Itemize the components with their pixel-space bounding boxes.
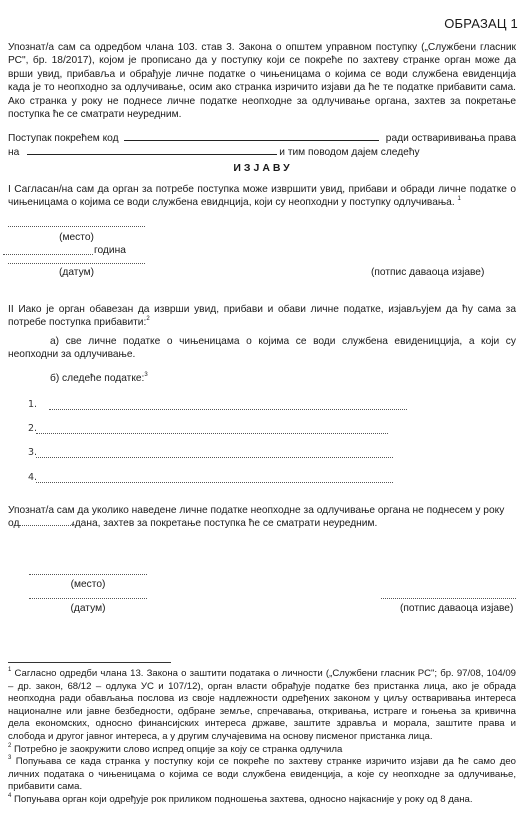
signature-field-2[interactable]: [381, 598, 516, 599]
section-2-body: II Иако је орган обавезан да изврши увид…: [8, 304, 516, 328]
place-label-2: (место): [29, 578, 147, 591]
footnote-4-text: Попуњава орган који одређује рок прилико…: [14, 794, 473, 805]
option-a[interactable]: а) све личне податке о чињеницама о који…: [8, 335, 516, 362]
procedure-suffix: ради остварививања права: [386, 132, 516, 145]
place-field-2[interactable]: [29, 574, 147, 575]
footnote-4: 4 Попуњава орган који одређује рок прили…: [8, 794, 516, 807]
footnote-2: 2 Потребно је заокружити слово испред оп…: [8, 744, 516, 757]
date-field-1[interactable]: [8, 263, 145, 264]
statement-title: ИЗЈАВУ: [0, 162, 526, 174]
option-b-label: б) следеће податке:: [50, 373, 144, 384]
procedure-statement-label: и тим поводом дајем следећу: [279, 146, 419, 159]
footnote-3-text: Попуњава се када странка у поступку који…: [8, 756, 516, 792]
notice-paragraph: Упознат/а сам да уколико наведене личне …: [8, 504, 516, 531]
right-field[interactable]: [27, 145, 277, 155]
year-label: година: [94, 244, 126, 257]
footnote-2-text: Потребно је заокружити слово испред опци…: [14, 744, 342, 755]
notice-suffix: дана, захтев за покретање поступка ће се…: [75, 517, 378, 530]
footnote-divider: [8, 662, 171, 663]
signature-label-2: (потпис даваоца изјаве): [400, 602, 513, 615]
year-field[interactable]: [3, 254, 93, 255]
notice-line-2: од 4 дана, захтев за покретање поступка …: [8, 517, 516, 530]
procedure-block: Поступак покрећем код ради остварививања…: [8, 131, 516, 160]
item-field-1[interactable]: [49, 409, 407, 410]
notice-line-1: Упознат/а сам да уколико наведене личне …: [8, 504, 516, 517]
days-field[interactable]: [19, 517, 73, 526]
procedure-line-2: на и тим поводом дајем следећу: [8, 145, 516, 159]
procedure-prefix: Поступак покрећем код: [8, 132, 119, 145]
section-1-text: I Сагласан/на сам да орган за потребе по…: [8, 183, 516, 210]
signature-label-1: (потпис даваоца изјаве): [371, 266, 484, 279]
footnote-3: 3 Попуњава се када странка у поступку ко…: [8, 756, 516, 794]
footnote-2-ref: 2: [8, 743, 11, 749]
item-number-1: 1.: [28, 399, 37, 410]
date-field-2[interactable]: [29, 598, 147, 599]
place-field-1[interactable]: [8, 226, 145, 227]
footnote-4-ref: 4: [8, 793, 11, 799]
date-label-2: (датум): [29, 602, 147, 615]
procedure-on-label: на: [8, 146, 19, 159]
option-b[interactable]: б) следеће податке:3: [50, 372, 148, 385]
footnotes: 1 Сагласно одредби члана 13. Закона о за…: [8, 668, 516, 807]
intro-paragraph: Упознат/а сам са одредбом члана 103. ста…: [8, 41, 516, 121]
section-1-body: I Сагласан/на сам да орган за потребе по…: [8, 184, 516, 208]
item-field-2[interactable]: [36, 433, 388, 434]
footnote-1-ref: 1: [8, 667, 11, 673]
footnote-ref-2[interactable]: 2: [146, 316, 149, 322]
date-label-1: (датум): [8, 266, 145, 279]
footnote-1-text: Сагласно одредби члана 13. Закона о зашт…: [8, 668, 516, 742]
footnote-3-ref: 3: [8, 755, 11, 761]
place-label-1: (место): [8, 231, 145, 244]
item-field-4[interactable]: [36, 482, 393, 483]
procedure-line-1: Поступак покрећем код ради остварививања…: [8, 131, 516, 145]
option-a-label: а) све личне податке о чињеницама о који…: [8, 336, 516, 360]
item-field-3[interactable]: [36, 457, 393, 458]
footnote-ref-3[interactable]: 3: [144, 372, 147, 378]
footnote-1: 1 Сагласно одредби члана 13. Закона о за…: [8, 668, 516, 744]
footnote-ref-1[interactable]: 1: [458, 196, 461, 202]
notice-from-label: од: [8, 517, 19, 530]
form-number: ОБРАЗАЦ 1: [444, 16, 518, 31]
section-2-text: II Иако је орган обавезан да изврши увид…: [8, 303, 516, 330]
institution-field[interactable]: [124, 131, 379, 141]
